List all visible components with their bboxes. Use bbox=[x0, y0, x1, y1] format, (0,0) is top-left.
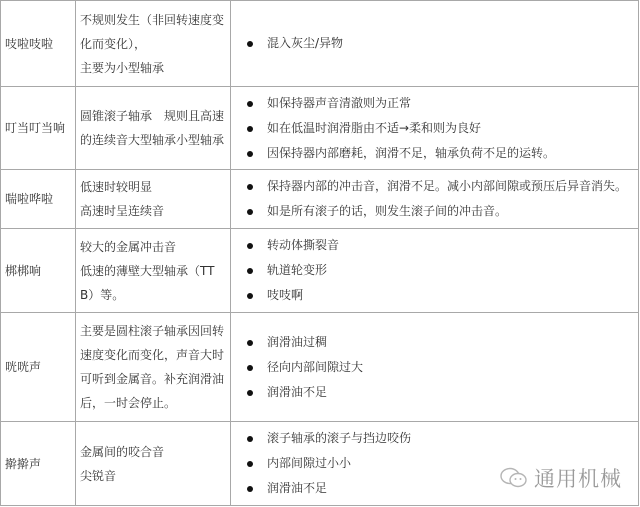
characteristic-line: B）等。 bbox=[80, 283, 230, 307]
causes-cell: 转动体撕裂音 轨道轮变形 吱吱啊 bbox=[231, 229, 639, 313]
cause-item: 因保持器内部磨耗，润滑不足，轴承负荷不足的运转。 bbox=[243, 141, 638, 166]
cause-item: 径向内部间隙过大 bbox=[243, 355, 638, 380]
characteristics-cell: 低速时较明显 高速时呈连续音 bbox=[76, 170, 231, 229]
wechat-icon bbox=[500, 467, 528, 489]
characteristic-line: 的连续音大型轴承小型轴承 bbox=[80, 128, 230, 152]
cause-list: 保持器内部的冲击音，润滑不足。减小内部间隙或预压后异音消失。 如是所有滚子的话，… bbox=[243, 174, 638, 224]
cause-list: 转动体撕裂音 轨道轮变形 吱吱啊 bbox=[243, 233, 638, 308]
watermark-text: 通用机械 bbox=[534, 463, 622, 493]
characteristic-line: 高速时呈连续音 bbox=[80, 199, 230, 223]
cause-item: 如保持器声音清澈则为正常 bbox=[243, 91, 638, 116]
cause-item: 混入灰尘/异物 bbox=[243, 31, 638, 56]
characteristic-line: 主要是圆柱滚子轴承因回转 bbox=[80, 319, 230, 343]
characteristics-cell: 较大的金属冲击音 低速的薄壁大型轴承（TT B）等。 bbox=[76, 229, 231, 313]
cause-item: 保持器内部的冲击音，润滑不足。减小内部间隙或预压后异音消失。 bbox=[243, 174, 638, 199]
sound-label: 咣咣声 bbox=[5, 359, 75, 375]
characteristic-line: 圆锥滚子轴承 规则且高速 bbox=[80, 104, 230, 128]
characteristic-line: 可听到金属音。补充润滑油 bbox=[80, 367, 230, 391]
table-row: 叮当叮当响 圆锥滚子轴承 规则且高速 的连续音大型轴承小型轴承 如保持器声音清澈… bbox=[1, 87, 639, 170]
watermark: 通用机械 bbox=[500, 463, 622, 493]
table-row: 喘啦哗啦 低速时较明显 高速时呈连续音 保持器内部的冲击音，润滑不足。减小内部间… bbox=[1, 170, 639, 229]
sound-cell: 叮当叮当响 bbox=[1, 87, 76, 170]
cause-item: 滚子轴承的滚子与挡边咬伤 bbox=[243, 426, 638, 451]
table-row: 咣咣声 主要是圆柱滚子轴承因回转 速度变化而变化，声音大时 可听到金属音。补充润… bbox=[1, 313, 639, 422]
characteristic-line: 金属间的咬合音 bbox=[80, 440, 230, 464]
cause-item: 如是所有滚子的话，则发生滚子间的冲击音。 bbox=[243, 199, 638, 224]
characteristic-line: 不规则发生（非回转速度变 bbox=[80, 8, 230, 32]
characteristic-line: 较大的金属冲击音 bbox=[80, 235, 230, 259]
characteristic-line: 化而变化）， bbox=[80, 32, 230, 56]
cause-list: 如保持器声音清澈则为正常 如在低温时润滑脂由不适→柔和则为良好 因保持器内部磨耗… bbox=[243, 91, 638, 166]
cause-item: 润滑油不足 bbox=[243, 380, 638, 405]
sound-cell: 吱啦吱啦 bbox=[1, 1, 76, 87]
characteristic-line: 后，一时会停止。 bbox=[80, 391, 230, 415]
sound-label: 擀擀声 bbox=[5, 456, 75, 472]
sound-cell: 擀擀声 bbox=[1, 422, 76, 506]
cause-item: 如在低温时润滑脂由不适→柔和则为良好 bbox=[243, 116, 638, 141]
cause-item: 润滑油过稠 bbox=[243, 330, 638, 355]
sound-label: 吱啦吱啦 bbox=[5, 36, 75, 52]
bearing-noise-table: 吱啦吱啦 不规则发生（非回转速度变 化而变化）， 主要为小型轴承 混入灰尘/异物… bbox=[0, 0, 639, 506]
table-row: 梆梆响 较大的金属冲击音 低速的薄壁大型轴承（TT B）等。 转动体撕裂音 轨道… bbox=[1, 229, 639, 313]
sound-cell: 梆梆响 bbox=[1, 229, 76, 313]
characteristics-cell: 金属间的咬合音 尖锐音 bbox=[76, 422, 231, 506]
sound-cell: 喘啦哗啦 bbox=[1, 170, 76, 229]
sound-label: 喘啦哗啦 bbox=[5, 191, 75, 207]
cause-list: 混入灰尘/异物 bbox=[243, 31, 638, 56]
causes-cell: 润滑油过稠 径向内部间隙过大 润滑油不足 bbox=[231, 313, 639, 422]
cause-item: 转动体撕裂音 bbox=[243, 233, 638, 258]
characteristic-line: 主要为小型轴承 bbox=[80, 56, 230, 80]
cause-item: 轨道轮变形 bbox=[243, 258, 638, 283]
characteristics-cell: 圆锥滚子轴承 规则且高速 的连续音大型轴承小型轴承 bbox=[76, 87, 231, 170]
causes-cell: 混入灰尘/异物 bbox=[231, 1, 639, 87]
table-row: 吱啦吱啦 不规则发生（非回转速度变 化而变化）， 主要为小型轴承 混入灰尘/异物 bbox=[1, 1, 639, 87]
characteristic-line: 低速的薄壁大型轴承（TT bbox=[80, 259, 230, 283]
sound-cell: 咣咣声 bbox=[1, 313, 76, 422]
characteristics-cell: 不规则发生（非回转速度变 化而变化）， 主要为小型轴承 bbox=[76, 1, 231, 87]
characteristic-line: 低速时较明显 bbox=[80, 175, 230, 199]
causes-cell: 保持器内部的冲击音，润滑不足。减小内部间隙或预压后异音消失。 如是所有滚子的话，… bbox=[231, 170, 639, 229]
causes-cell: 如保持器声音清澈则为正常 如在低温时润滑脂由不适→柔和则为良好 因保持器内部磨耗… bbox=[231, 87, 639, 170]
cause-list: 润滑油过稠 径向内部间隙过大 润滑油不足 bbox=[243, 330, 638, 405]
sound-label: 梆梆响 bbox=[5, 263, 75, 279]
characteristics-cell: 主要是圆柱滚子轴承因回转 速度变化而变化，声音大时 可听到金属音。补充润滑油 后… bbox=[76, 313, 231, 422]
characteristic-line: 尖锐音 bbox=[80, 464, 230, 488]
sound-label: 叮当叮当响 bbox=[5, 120, 75, 136]
cause-item: 吱吱啊 bbox=[243, 283, 638, 308]
characteristic-line: 速度变化而变化，声音大时 bbox=[80, 343, 230, 367]
